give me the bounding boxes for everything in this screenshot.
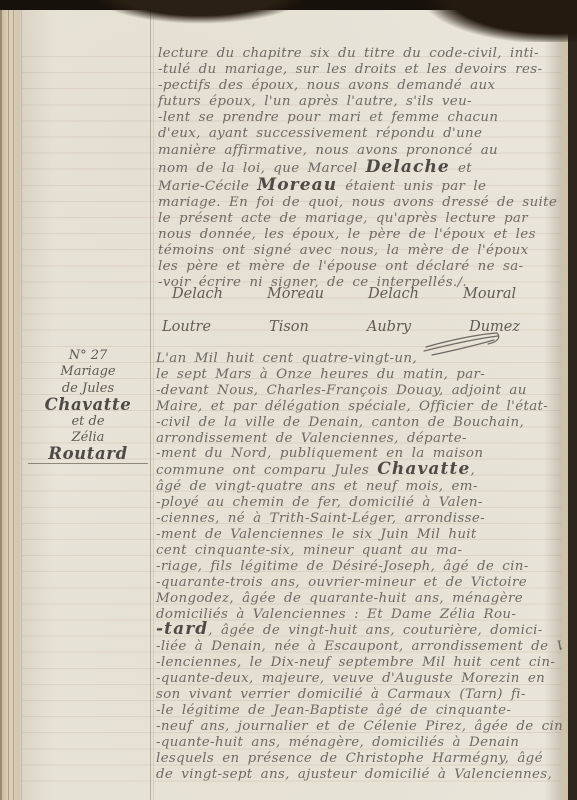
handwritten-line: -ment de Valenciennes le six Juin Mil hu… (156, 527, 564, 543)
handwritten-line: -quante-huit ans, ménagère, domiciliés à… (156, 735, 564, 751)
handwritten-line: -ment du Nord, publiquement en la maison (156, 446, 564, 462)
handwritten-line: -devant Nous, Charles-François Douay, ad… (156, 383, 564, 399)
handwritten-line: futurs époux, l'un après l'autre, s'ils … (158, 94, 564, 110)
handwritten-line: nous donnée, les époux, le père de l'épo… (158, 227, 564, 243)
handwritten-line: -riage, fils légitime de Désiré-Joseph, … (156, 559, 564, 575)
margin-rule-line (150, 0, 151, 800)
handwritten-line: le sept Mars à Onze heures du matin, par… (156, 367, 564, 383)
handwritten-line: manière affirmative, nous avons prononcé… (158, 143, 564, 159)
signature: Moreau (267, 286, 324, 302)
handwritten-line: d'eux, ayant successivement répondu d'un… (158, 126, 564, 142)
handwritten-line: arrondissement de Valenciennes, départe- (156, 431, 564, 447)
handwritten-line: Marie-Cécile Moreau étaient unis par le (158, 177, 564, 195)
handwritten-line: -lent se prendre pour mari et femme chac… (158, 110, 564, 126)
text-segment: , (470, 463, 475, 478)
person-name: -tard (156, 619, 208, 639)
handwritten-line: -civil de la ville de Denain, canton de … (156, 415, 564, 431)
margin-note-line: et de (28, 414, 148, 430)
text-segment: et (450, 161, 472, 176)
scan-edge-top (0, 0, 577, 10)
handwritten-line: -lenciennes, le Dix-neuf septembre Mil h… (156, 655, 564, 671)
margin-note-line: N° 27 (28, 348, 148, 364)
handwritten-line: -quarante-trois ans, ouvrier-mineur et d… (156, 575, 564, 591)
handwritten-line: -quante-deux, majeure, veuve d'Auguste M… (156, 671, 564, 687)
person-name: Chavatte (377, 459, 470, 479)
margin-note-line: Routard (28, 446, 148, 463)
handwritten-line: -tard, âgée de vingt-huit ans, couturièr… (156, 622, 564, 639)
text-segment: nom de la loi, que Marcel (158, 161, 366, 176)
handwritten-line: -pectifs des époux, nous avons demandé a… (158, 78, 564, 94)
binding-edge-left (0, 0, 20, 800)
handwritten-line: les père et mère de l'épouse ont déclaré… (158, 259, 564, 275)
margin-note-line: Chavatte (28, 397, 148, 413)
handwritten-line: Maire, et par délégation spéciale, Offic… (156, 399, 564, 415)
handwritten-line: L'an Mil huit cent quatre-vingt-un, (156, 351, 564, 367)
handwritten-line: Mongodez, âgée de quarante-huit ans, mén… (156, 591, 564, 607)
signature: Loutre (162, 319, 211, 335)
handwritten-line: domiciliés à Valenciennes : Et Dame Zéli… (156, 607, 564, 623)
text-segment: étaient unis par le (337, 179, 486, 194)
signature: Moural (463, 286, 516, 302)
handwritten-line: -neuf ans, journalier et de Célenie Pire… (156, 719, 564, 735)
margin-rule-line-secondary (153, 0, 154, 800)
handwritten-line: -ployé au chemin de fer, domicilié à Val… (156, 495, 564, 511)
signature: Delach (368, 286, 419, 302)
handwritten-line: témoins ont signé avec nous, la mère de … (158, 243, 564, 259)
handwritten-line: de vingt-sept ans, ajusteur domicilié à … (156, 767, 564, 783)
text-segment: commune ont comparu Jules (156, 463, 377, 478)
person-name: Delache (366, 157, 450, 177)
handwritten-line: -liée à Denain, née à Escaupont, arrondi… (156, 639, 564, 655)
margin-annotation: N° 27Mariagede JulesChavatteet deZéliaRo… (28, 348, 148, 464)
handwritten-line: lesquels en présence de Christophe Harmé… (156, 751, 564, 767)
signature: Tison (269, 319, 309, 335)
text-segment: , âgée de vingt-huit ans, couturière, do… (208, 623, 542, 638)
handwritten-line: lecture du chapitre six du titre du code… (158, 46, 564, 62)
act-27-text: L'an Mil huit cent quatre-vingt-un,le se… (156, 351, 564, 782)
handwritten-line: âgé de vingt-quatre ans et neuf mois, em… (156, 479, 564, 495)
previous-act-text: lecture du chapitre six du titre du code… (158, 46, 564, 291)
handwritten-line: nom de la loi, que Marcel Delache et (158, 159, 564, 177)
page-edge-line (21, 0, 22, 800)
person-name: Moreau (257, 175, 337, 195)
text-segment: Marie-Cécile (158, 179, 257, 194)
handwritten-line: mariage. En foi de quoi, nous avons dres… (158, 195, 564, 211)
signature-row-1: DelachMoreauDelachMoural (172, 286, 516, 302)
handwritten-line: le présent acte de mariage, qu'après lec… (158, 211, 564, 227)
signature: Aubry (367, 319, 411, 335)
scan-edge-right (568, 0, 577, 800)
margin-note-line: Mariage (28, 364, 148, 380)
handwritten-line: -le légitime de Jean-Baptiste âgé de cin… (156, 703, 564, 719)
signature: Delach (172, 286, 223, 302)
scanned-register-page: N° 27Mariagede JulesChavatteet deZéliaRo… (0, 0, 577, 800)
handwritten-line: -tulé du mariage, sur les droits et les … (158, 62, 564, 78)
handwritten-line: commune ont comparu Jules Chavatte, (156, 462, 564, 479)
handwritten-line: son vivant verrier domicilié à Carmaux (… (156, 687, 564, 703)
handwritten-line: cent cinquante-six, mineur quant au ma- (156, 543, 564, 559)
handwritten-line: -ciennes, né à Trith-Saint-Léger, arrond… (156, 511, 564, 527)
